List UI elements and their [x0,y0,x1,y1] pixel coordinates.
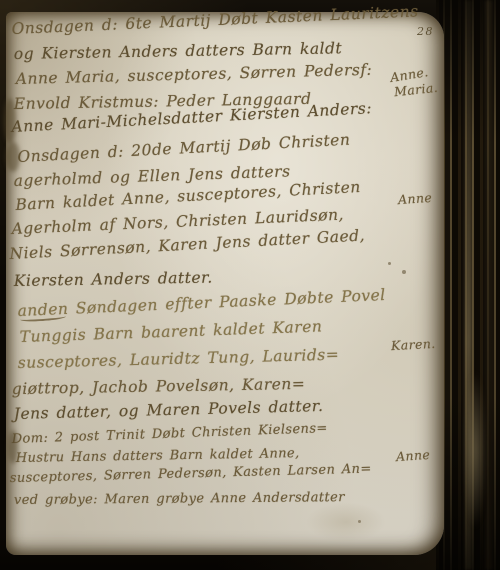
handwriting-line: giøttrop, Jachob Povelsøn, Karen= [12,375,306,398]
ink-speck [402,270,406,274]
ink-blot [4,98,16,144]
handwriting-line: Tunggis Barn baarent kaldet Karen [19,317,322,346]
handwriting-line: Anne Maria, susceptores, Sørren Pedersf: [16,61,373,88]
book-binding [436,0,500,570]
handwriting-line: Jens datter, og Maren Povels datter. [14,397,324,423]
margin-note: Anne [396,447,431,464]
handwriting-line: Onsdagen d: 6te Martij Døbt Kasten Lauri… [11,2,419,38]
binding-streak [485,0,492,570]
handwriting-line: anden Søndagen effter Paaske Døbte Povel [17,286,386,320]
paper-stain [306,502,386,542]
ink-speck [388,262,391,265]
margin-note: Karen. [391,336,436,353]
handwriting-line: Hustru Hans datters Barn kaldet Anne, [16,446,300,466]
handwriting-line: susceptores, Sørren Pedersøn, Kasten Lar… [10,462,372,486]
ink-blot [6,142,20,172]
handwriting-line: Kiersten Anders datter. [14,269,213,290]
handwriting-line: susceptores, Lauridtz Tung, Laurids= [18,346,340,372]
handwriting-line: og Kiersten Anders datters Barn kaldt [14,39,343,63]
margin-note: Anne [398,190,433,207]
photo-frame: 28 Onsdagen d: 6te Martij Døbt Kasten La… [0,0,500,570]
handwriting-line: Dom: 2 post Trinit Døbt Christen Kielsen… [11,421,327,447]
margin-note: Maria. [393,80,438,100]
page-number: 28 [417,25,434,38]
binding-highlight [464,370,486,530]
ink-blot [8,430,18,464]
handwriting-line: ved grøbye: Maren grøbye Anne Andersdatt… [14,490,345,508]
manuscript-page: 28 Onsdagen d: 6te Martij Døbt Kasten La… [6,12,444,555]
handwriting-line: Onsdagen d: 20de Martij Døb Christen [17,131,351,166]
